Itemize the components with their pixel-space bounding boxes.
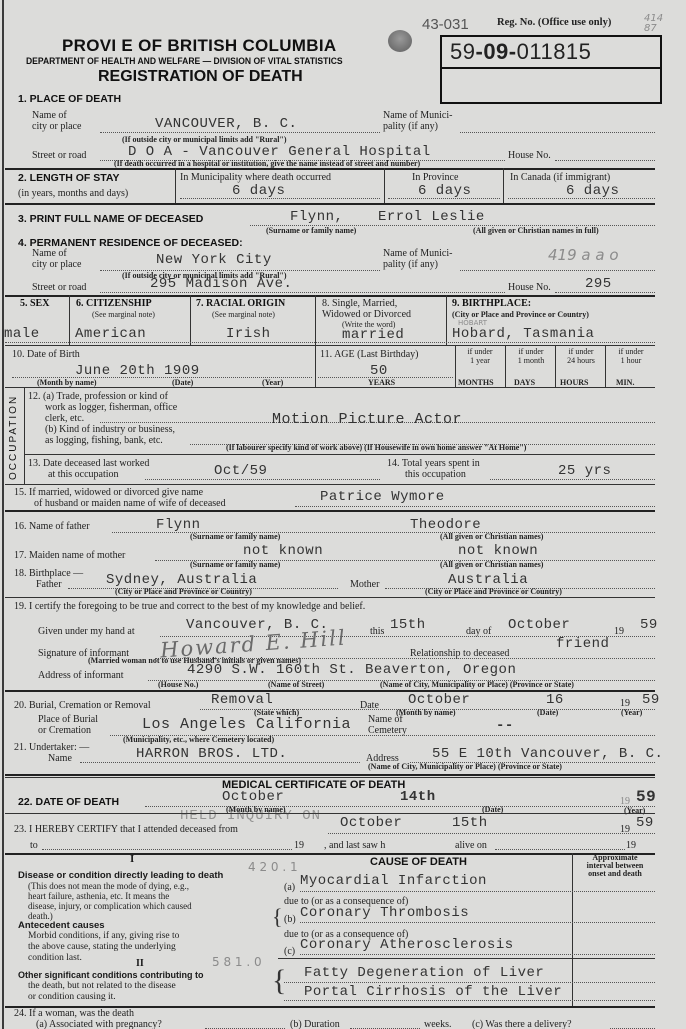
birthplace-parents-label-2: Father: [36, 579, 62, 590]
s15-label-1: 15. If married, widowed or divorced give…: [14, 487, 203, 498]
sex-head: 5. SEX: [20, 298, 49, 309]
addr-house-note: (House No.): [158, 680, 198, 689]
stamp-code: 43-031: [422, 16, 469, 33]
attended-label: 23. I HEREBY CERTIFY that I attended dec…: [14, 824, 238, 835]
attended-from-month: October: [340, 815, 402, 831]
alive-year-prefix: 19: [626, 840, 636, 851]
s4-street-label: Street or road: [32, 282, 86, 293]
certify-statement: 19. I certify the foregoing to be true a…: [14, 601, 365, 612]
last-worked-value: Oct/59: [214, 463, 267, 479]
s1-muni-label-2: pality (if any): [383, 121, 438, 132]
father-birthplace-note: (City or Place and Province or Country): [115, 587, 252, 596]
mother-given-note: (All given or Christian names): [440, 560, 543, 569]
stay-municipality: 6 days: [232, 183, 285, 199]
occupation-value: Motion Picture Actor: [272, 411, 462, 428]
registration-number-box: 59-09-011815: [440, 35, 662, 104]
age-head: 11. AGE (Last Birthday): [320, 349, 419, 360]
age-unit: YEARS: [368, 378, 395, 387]
burial-place-note: (Municipality, etc., where Cemetery loca…: [123, 735, 274, 744]
s2-canada-head: In Canada (if immigrant): [510, 172, 610, 183]
reg-number-part-a: 59: [450, 39, 475, 64]
residence-street: 295 Madison Ave.: [150, 276, 292, 292]
under-hour-2: 1 hour: [608, 356, 654, 365]
father-given-names: Theodore: [410, 517, 481, 533]
s4-muni-label-1: Name of Munici-: [383, 248, 452, 259]
q24-a: (a) Associated with pregnancy?: [36, 1019, 162, 1029]
under-24h-2: 24 hours: [558, 356, 604, 365]
burial-month-note: (Month by name): [396, 708, 456, 717]
father-label: 16. Name of father: [14, 521, 90, 532]
direct-note-2: heart failure, asthenia, etc. It means t…: [28, 891, 192, 901]
dob-head: 10. Date of Birth: [12, 349, 80, 360]
father-given-note: (All given or Christian names): [440, 532, 543, 541]
unit-min: MIN.: [616, 378, 634, 387]
reg-number-part-c: 011815: [517, 39, 592, 64]
s2-prov-head: In Province: [412, 172, 458, 183]
certify-year: 59: [640, 617, 658, 633]
cause-of-death-title: CAUSE OF DEATH: [370, 856, 467, 868]
q24-weeks: weeks.: [424, 1019, 452, 1029]
q13-line-1: 13. Date deceased last worked: [28, 458, 149, 469]
s1-muni-label-1: Name of Munici-: [383, 110, 452, 121]
registration-number: 59-09-011815: [450, 39, 591, 65]
cause-a-value: Myocardial Infarction: [300, 873, 487, 889]
deceased-given-names: Errol Leslie: [378, 209, 485, 225]
mother-given-names: not known: [458, 543, 538, 559]
other-conditions-label-1: Other significant conditions contributin…: [18, 970, 204, 981]
page-edge: [2, 0, 4, 1029]
birthplace-parents-label-1: 18. Birthplace —: [14, 568, 83, 579]
racial-origin-value: Irish: [226, 326, 271, 342]
pencil-code-1: 4 2 0 . 1: [248, 860, 298, 874]
other-conditions-label-2: the death, but not related to the diseas…: [18, 981, 204, 992]
s3-surname-note: (Surname or family name): [266, 226, 356, 235]
death-year: 59: [636, 788, 656, 806]
relationship-value: friend: [556, 636, 609, 652]
place-of-death-street: D O A - Vancouver General Hospital: [128, 144, 431, 160]
antecedent-note-1: Morbid conditions, if any, giving rise t…: [28, 931, 179, 942]
s1-city-note: (If outside city or municipal limits add…: [122, 135, 287, 144]
residence-city: New York City: [156, 252, 272, 268]
burial-month: October: [408, 692, 470, 708]
pencil-muni-note: 419 a a o: [548, 246, 619, 264]
cause-b-value: Coronary Thrombosis: [300, 905, 469, 921]
birthplace-value: Hobard, Tasmania: [452, 326, 594, 342]
q24-b: (b) Duration: [290, 1019, 340, 1029]
other-condition-1: Fatty Degeneration of Liver: [304, 965, 544, 981]
unit-hours: HOURS: [560, 378, 588, 387]
informant-address-label: Address of informant: [38, 670, 124, 681]
direct-cause-label: Disease or condition directly leading to…: [18, 870, 223, 881]
s1-city-label-1: Name of: [32, 110, 67, 121]
this-label: this: [370, 626, 384, 637]
residence-house-number: 295: [585, 276, 612, 292]
birthplace-note: (City or Place and Province or Country): [452, 310, 589, 319]
undertaker-name: HARRON BROS. LTD.: [136, 746, 287, 762]
racial-origin-note: (See marginal note): [212, 310, 275, 319]
cemetery-label-2: Cemetery: [368, 725, 407, 736]
reg-number-part-b: 09: [483, 39, 508, 64]
stay-province: 6 days: [418, 183, 471, 199]
death-day: 14th: [400, 789, 436, 805]
cemetery-label-1: Name of: [368, 714, 403, 725]
day-of-label: day of: [466, 626, 491, 637]
informant-address: 4290 S.W. 160th St. Beaverton, Oregon: [187, 662, 516, 678]
dob-month-note: (Month by name): [37, 378, 97, 387]
certify-month: October: [508, 617, 570, 633]
stay-canada: 6 days: [566, 183, 619, 199]
antecedent-label: Antecedent causes: [18, 920, 105, 931]
addr-street-note: (Name of Street): [268, 680, 324, 689]
spouse-name-value: Patrice Wymore: [320, 489, 445, 505]
q12b-line-1: (b) Kind of industry or business,: [45, 424, 175, 435]
s15-label-2: of husband or maiden name of wife of dec…: [34, 498, 226, 509]
other-conditions-label-3: or condition causing it.: [18, 992, 204, 1003]
s4-house-label: House No.: [508, 282, 551, 293]
province-title: PROVI E OF BRITISH COLUMBIA: [62, 36, 336, 56]
cause-b-prefix: (b): [284, 914, 296, 925]
antecedent-note-3: condition last.: [28, 953, 179, 964]
part-1-numeral: I: [130, 853, 134, 865]
department-line: DEPARTMENT OF HEALTH AND WELFARE — DIVIS…: [26, 56, 343, 66]
relationship-label: Relationship to deceased: [410, 648, 509, 659]
father-surname: Flynn: [156, 517, 201, 533]
burial-date-label: Date: [360, 700, 379, 711]
q14-line-1: 14. Total years spent in: [387, 458, 480, 469]
unit-days: DAYS: [514, 378, 535, 387]
place-burial-label-1: Place of Burial: [38, 714, 98, 725]
brace-other: {: [272, 966, 286, 996]
form-title: REGISTRATION OF DEATH: [98, 68, 303, 86]
undertaker-label-1: 21. Undertaker: —: [14, 742, 89, 753]
father-surname-note: (Surname or family name): [190, 532, 280, 541]
reg-label: Reg. No. (Office use only): [497, 17, 611, 28]
undertaker-address-note: (Name of City, Municipality or Place) (P…: [368, 762, 562, 771]
s1-street-note: (If death occurred in a hospital or inst…: [114, 159, 420, 168]
certify-day: 15th: [390, 617, 426, 633]
under-month-2: 1 month: [510, 356, 552, 365]
s4-city-label-1: Name of: [32, 248, 67, 259]
attended-year-prefix: 19: [620, 824, 630, 835]
citizenship-head: 6. CITIZENSHIP: [76, 298, 152, 309]
birthplace-head: 9. BIRTHPLACE:: [452, 298, 531, 309]
dob-year-note: (Year): [262, 378, 283, 387]
s1-street-label: Street or road: [32, 150, 86, 161]
q24-label: 24. If a woman, was the death: [14, 1008, 134, 1019]
burial-day-note: (Date): [537, 708, 558, 717]
to-label: to: [30, 840, 38, 851]
s3-given-note: (All given or Christian names in full): [473, 226, 599, 235]
mother-label: 17. Maiden name of mother: [14, 550, 125, 561]
marital-head-2: Widowed or Divorced: [322, 309, 411, 320]
q13-line-2: at this occupation: [48, 469, 119, 480]
father-birthplace: Sydney, Australia: [106, 572, 257, 588]
citizenship-note: (See marginal note): [92, 310, 155, 319]
addr-city-note: (Name of City, Municipality or Place) (P…: [380, 680, 574, 689]
death-certificate: PROVI E OF BRITISH COLUMBIA DEPARTMENT O…: [0, 0, 686, 1029]
attended-year: 59: [636, 815, 654, 831]
attended-from-day: 15th: [452, 815, 488, 831]
registration-box-divider: [442, 67, 660, 69]
antecedent-note-2: the above cause, stating the underlying: [28, 942, 179, 953]
burial-label: 20. Burial, Cremation or Removal: [14, 700, 151, 711]
section-1-title: 1. PLACE OF DEATH: [18, 93, 121, 105]
mother-surname: not known: [243, 543, 323, 559]
occupation-side-label: OCCUPATION: [8, 392, 24, 482]
mother-birthplace: Australia: [448, 572, 528, 588]
burial-method: Removal: [211, 692, 273, 708]
under-month-1: if under: [510, 347, 552, 356]
given-under-hand-label: Given under my hand at: [38, 626, 135, 637]
other-condition-2: Portal Cirrhosis of the Liver: [304, 984, 562, 1000]
occupation-note: (If labourer specify kind of work above)…: [226, 443, 526, 452]
place-of-death-city: VANCOUVER, B. C.: [155, 116, 297, 132]
mother-surname-note: (Surname or family name): [190, 560, 280, 569]
undertaker-address: 55 E 10th Vancouver, B. C.: [432, 746, 663, 762]
sex-value: male: [4, 326, 40, 342]
q12b-line-2: as logging, fishing, bank, etc.: [45, 435, 163, 446]
marital-head-1: 8. Single, Married,: [322, 298, 397, 309]
place-burial-label-2: or Cremation: [38, 725, 91, 736]
cause-c-value: Coronary Atherosclerosis: [300, 937, 514, 953]
racial-origin-head: 7. RACIAL ORIGIN: [196, 298, 285, 309]
last-saw-label: , and last saw h: [324, 840, 385, 851]
burial-day: 16: [546, 692, 564, 708]
burial-year: 59: [642, 692, 660, 708]
s4-city-label-2: city or place: [32, 259, 81, 270]
section-2-title: 2. LENGTH OF STAY: [18, 172, 120, 184]
q12a-line-2: work as logger, fisherman, office: [45, 402, 177, 413]
pencil-code-2: 5 8 1 . 0: [212, 955, 262, 969]
part-2-numeral: II: [136, 958, 144, 969]
s2-subtitle: (in years, months and days): [18, 188, 128, 199]
years-in-occupation-value: 25 yrs: [558, 463, 611, 479]
mother-birth-label: Mother: [350, 579, 379, 590]
under-hour-1: if under: [608, 347, 654, 356]
cemetery-value: --: [496, 718, 514, 734]
under-year-1: if under: [460, 347, 500, 356]
under-year-2: 1 year: [460, 356, 500, 365]
held-inquiry-stamp: HELD INQUIRY ON: [180, 808, 321, 824]
burial-year-note: (Year): [621, 708, 642, 717]
s2-muni-head: In Municipality where death occurred: [180, 172, 331, 183]
q12a-line-3: clerk, etc.: [45, 413, 84, 424]
direct-note-1: (This does not mean the mode of dying, e…: [28, 881, 192, 891]
q24-c: (c) Was there a delivery?: [472, 1019, 572, 1029]
under-24h-1: if under: [558, 347, 604, 356]
punch-hole: [388, 30, 412, 52]
death-month: October: [222, 789, 284, 805]
dob-date-note: (Date): [172, 378, 193, 387]
alive-on-label: alive on: [455, 840, 487, 851]
undertaker-label-2: Name: [48, 753, 72, 764]
unit-months: MONTHS: [458, 378, 494, 387]
q12a-line-1: 12. (a) Trade, profession or kind of: [28, 391, 168, 402]
to-year-prefix: 19: [294, 840, 304, 851]
s1-city-label-2: city or place: [32, 121, 81, 132]
section-3-title: 3. PRINT FULL NAME OF DECEASED: [18, 213, 203, 225]
burial-place-value: Los Angeles California: [142, 716, 351, 733]
q14-line-2: this occupation: [405, 469, 466, 480]
cause-c-prefix: (c): [284, 946, 295, 957]
marital-status-value: married: [342, 327, 404, 343]
date-of-death-label: 22. DATE OF DEATH: [18, 796, 119, 808]
cause-a-prefix: (a): [284, 882, 295, 893]
citizenship-value: American: [75, 326, 146, 342]
direct-note-3: disease, injury, or complication which c…: [28, 901, 192, 911]
pencil-corner-note: 414 87: [644, 14, 672, 34]
s4-muni-label-2: pality (if any): [383, 259, 438, 270]
deceased-surname: Flynn,: [290, 209, 343, 225]
s1-house-label: House No.: [508, 150, 551, 161]
certify-year-prefix: 19: [614, 626, 624, 637]
interval-head-3: onset and death: [575, 870, 655, 878]
brace-antecedent: {: [272, 906, 283, 928]
mother-birthplace-note: (City or Place and Province or Country): [425, 587, 562, 596]
